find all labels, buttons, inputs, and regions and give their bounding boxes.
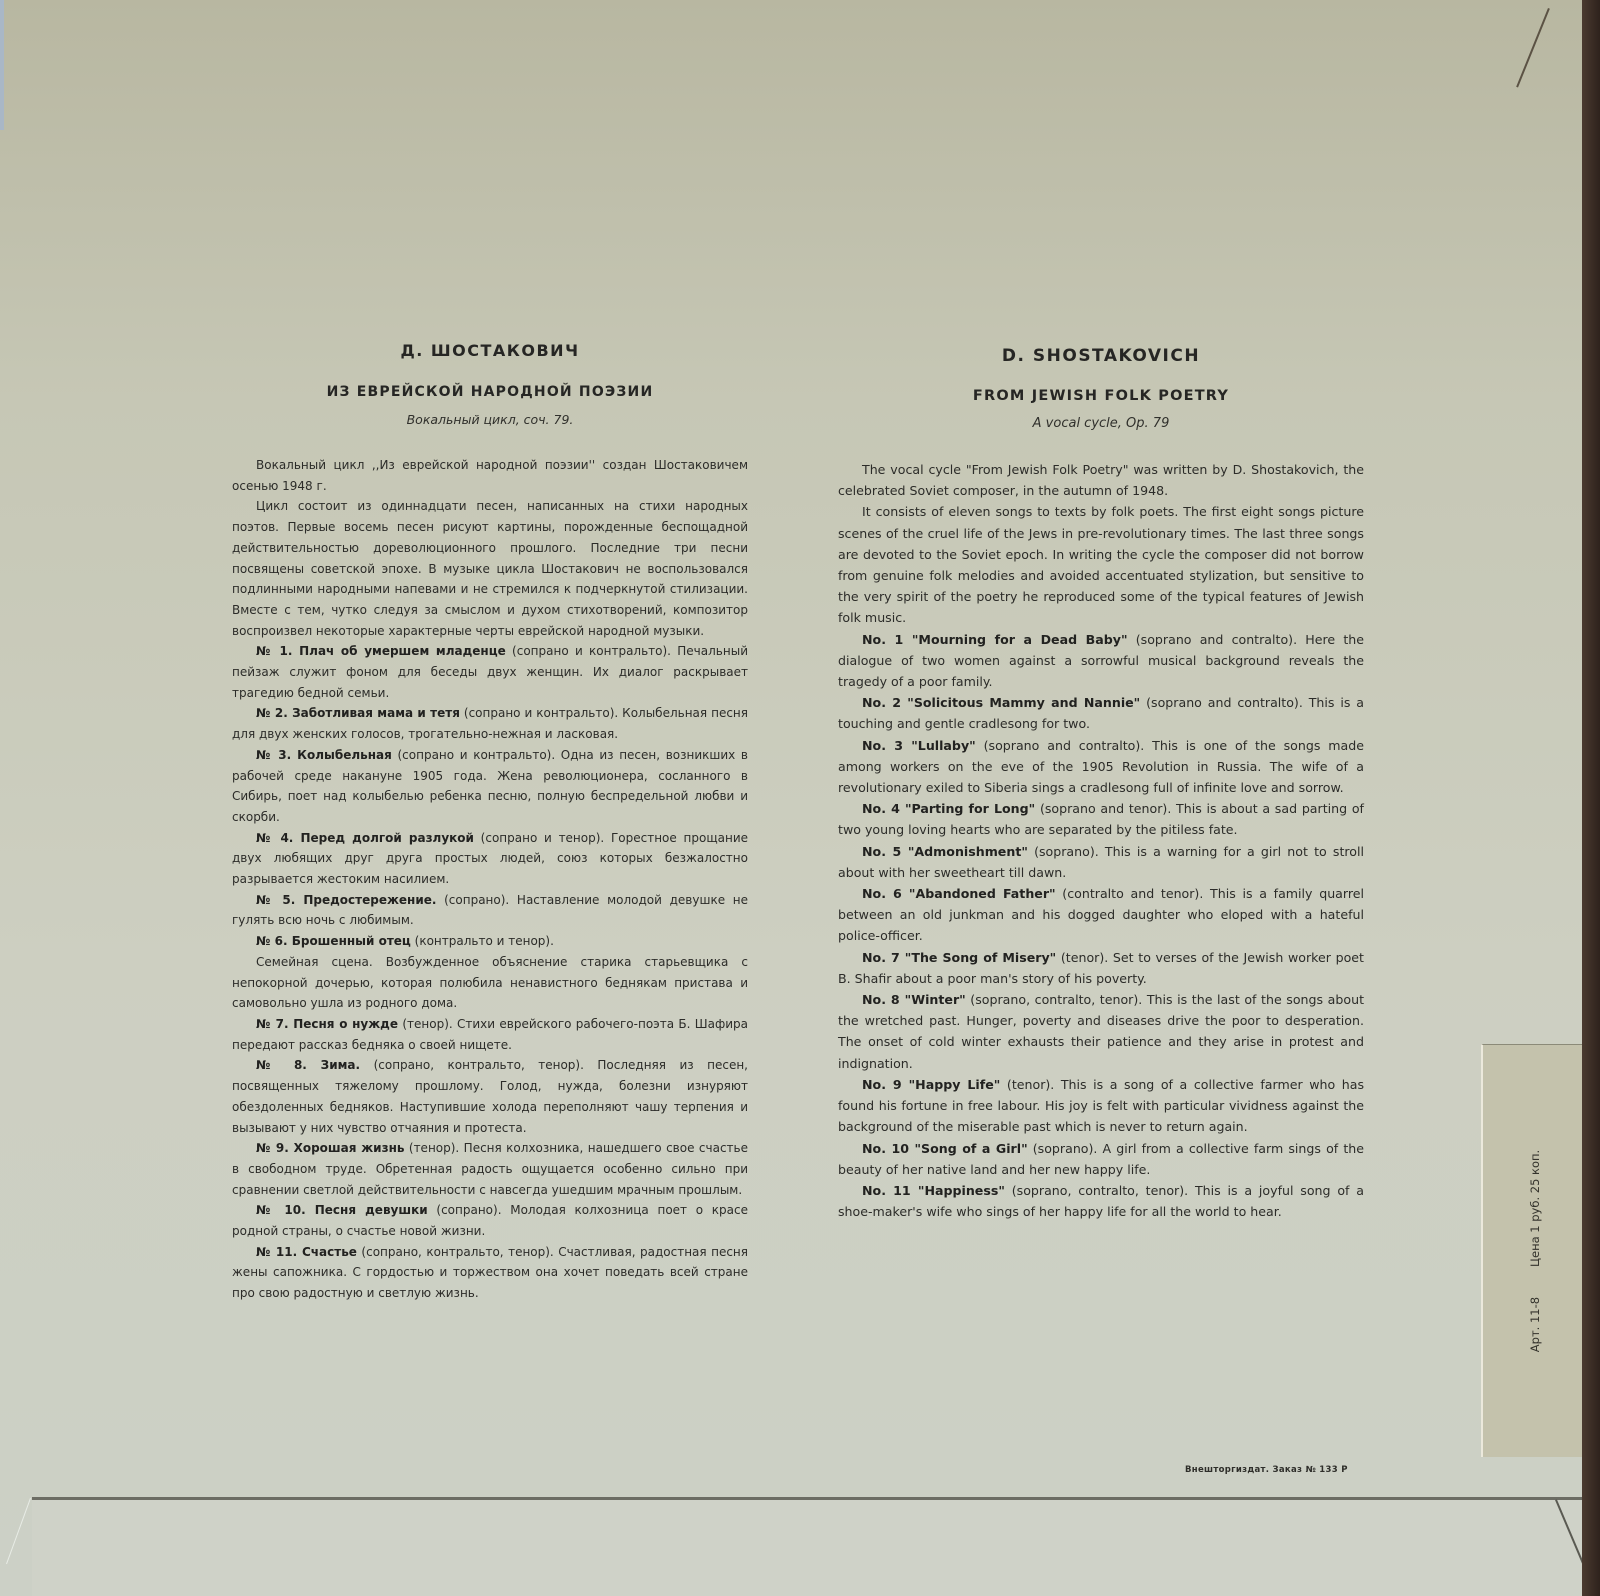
subtitle-en: A vocal cycle, Op. 79 (838, 416, 1364, 431)
song-entry: № 7. Песня о нужде (тенор). Стихи еврейс… (232, 1014, 748, 1055)
song-title: No. 11 "Happiness" (862, 1183, 1005, 1198)
article-number: Арт. 11-8 (1528, 1297, 1542, 1352)
song-entry: № 5. Предостережение. (сопрано). Наставл… (232, 890, 748, 931)
song-description: Семейная сцена. Возбужденное объяснение … (232, 955, 748, 1010)
song-title: № 9. Хорошая жизнь (256, 1141, 404, 1155)
song-entry: № 1. Плач об умершем младенце (сопрано и… (232, 641, 748, 703)
sleeve-bottom-flap (32, 1497, 1582, 1596)
song-entry: No. 2 "Solicitous Mammy and Nannie" (sop… (838, 692, 1364, 734)
song-title: No. 10 "Song of a Girl" (862, 1141, 1028, 1156)
song-entry: No. 9 "Happy Life" (tenor). This is a so… (838, 1074, 1364, 1138)
song-title: № 5. Предостережение. (256, 893, 436, 907)
author-heading-ru: Д. ШОСТАКОВИЧ (232, 341, 748, 360)
edge-glint (0, 0, 4, 130)
song-title: № 4. Перед долгой разлукой (256, 831, 474, 845)
background-shadow (1582, 0, 1600, 1596)
song-title: No. 9 "Happy Life" (862, 1077, 1000, 1092)
song-entry: № 2. Заботливая мама и тетя (сопрано и к… (232, 703, 748, 744)
flap-left-edge (6, 1498, 31, 1564)
song-entry: No. 4 "Parting for Long" (soprano and te… (838, 798, 1364, 840)
song-title: No. 6 "Abandoned Father" (862, 886, 1056, 901)
song-title: No. 7 "The Song of Misery" (862, 950, 1056, 965)
song-entry: No. 7 "The Song of Misery" (tenor). Set … (838, 947, 1364, 989)
song-entry: Семейная сцена. Возбужденное объяснение … (232, 952, 748, 1014)
song-entry: No. 6 "Abandoned Father" (contralto and … (838, 883, 1364, 947)
song-entry: No. 1 "Mourning for a Dead Baby" (sopran… (838, 629, 1364, 693)
song-list-ru: № 1. Плач об умершем младенце (сопрано и… (232, 641, 748, 1304)
song-entry: № 11. Счастье (сопрано, контральто, тено… (232, 1242, 748, 1304)
intro-paragraph: Вокальный цикл ,,Из еврейской народной п… (232, 455, 748, 496)
work-title-ru: ИЗ ЕВРЕЙСКОЙ НАРОДНОЙ ПОЭЗИИ (232, 384, 748, 400)
song-title: № 10. Песня девушки (256, 1203, 428, 1217)
song-entry: № 10. Песня девушки (сопрано). Молодая к… (232, 1200, 748, 1241)
song-list-en: No. 1 "Mourning for a Dead Baby" (sopran… (838, 629, 1364, 1223)
song-title: No. 5 "Admonishment" (862, 844, 1028, 859)
song-entry: № 6. Брошенный отец (контральто и тенор)… (232, 931, 748, 952)
corner-crease (1516, 8, 1550, 88)
song-title: № 3. Колыбельная (256, 748, 392, 762)
song-title: No. 8 "Winter" (862, 992, 966, 1007)
song-title: № 1. Плач об умершем младенце (256, 644, 506, 658)
song-title: № 11. Счастье (256, 1245, 357, 1259)
intro-paragraph: The vocal cycle "From Jewish Folk Poetry… (838, 459, 1364, 501)
song-entry: No. 8 "Winter" (soprano, contralto, teno… (838, 989, 1364, 1074)
song-entry: No. 5 "Admonishment" (soprano). This is … (838, 841, 1364, 883)
russian-column: Д. ШОСТАКОВИЧ ИЗ ЕВРЕЙСКОЙ НАРОДНОЙ ПОЭЗ… (232, 341, 748, 1304)
author-heading-en: D. SHOSTAKOVICH (838, 346, 1364, 366)
song-entry: № 9. Хорошая жизнь (тенор). Песня колхоз… (232, 1138, 748, 1200)
song-title: № 7. Песня о нужде (256, 1017, 398, 1031)
english-column: D. SHOSTAKOVICH FROM JEWISH FOLK POETRY … (838, 346, 1364, 1222)
intro-en: The vocal cycle "From Jewish Folk Poetry… (838, 459, 1364, 629)
publisher-imprint: Внешторгиздат. Заказ № 133 Р (1185, 1465, 1348, 1475)
work-title-en: FROM JEWISH FOLK POETRY (838, 388, 1364, 404)
song-title: № 2. Заботливая мама и тетя (256, 706, 460, 720)
song-entry: No. 10 "Song of a Girl" (soprano). A gir… (838, 1138, 1364, 1180)
price-sticker-text: Арт. 11-8 Цена 1 руб. 25 коп. (1528, 1150, 1542, 1352)
intro-paragraph: It consists of eleven songs to texts by … (838, 501, 1364, 628)
song-title: № 8. Зима. (256, 1058, 360, 1072)
record-sleeve-back: Д. ШОСТАКОВИЧ ИЗ ЕВРЕЙСКОЙ НАРОДНОЙ ПОЭЗ… (0, 0, 1584, 1596)
intro-ru: Вокальный цикл ,,Из еврейской народной п… (232, 455, 748, 641)
song-description: (контральто и тенор). (411, 934, 554, 948)
song-title: No. 3 "Lullaby" (862, 738, 976, 753)
subtitle-ru: Вокальный цикл, соч. 79. (232, 412, 748, 427)
price-sticker: Арт. 11-8 Цена 1 руб. 25 коп. (1481, 1044, 1586, 1457)
song-entry: № 3. Колыбельная (сопрано и контральто).… (232, 745, 748, 828)
song-title: No. 2 "Solicitous Mammy and Nannie" (862, 695, 1140, 710)
song-title: № 6. Брошенный отец (256, 934, 411, 948)
song-entry: No. 3 "Lullaby" (soprano and contralto).… (838, 735, 1364, 799)
song-entry: № 8. Зима. (сопрано, контральто, тенор).… (232, 1055, 748, 1138)
song-title: No. 1 "Mourning for a Dead Baby" (862, 632, 1128, 647)
song-entry: No. 11 "Happiness" (soprano, contralto, … (838, 1180, 1364, 1222)
price-label: Цена 1 руб. 25 коп. (1528, 1150, 1542, 1267)
song-entry: № 4. Перед долгой разлукой (сопрано и те… (232, 828, 748, 890)
intro-paragraph: Цикл состоит из одиннадцати песен, напис… (232, 496, 748, 641)
song-title: No. 4 "Parting for Long" (862, 801, 1035, 816)
